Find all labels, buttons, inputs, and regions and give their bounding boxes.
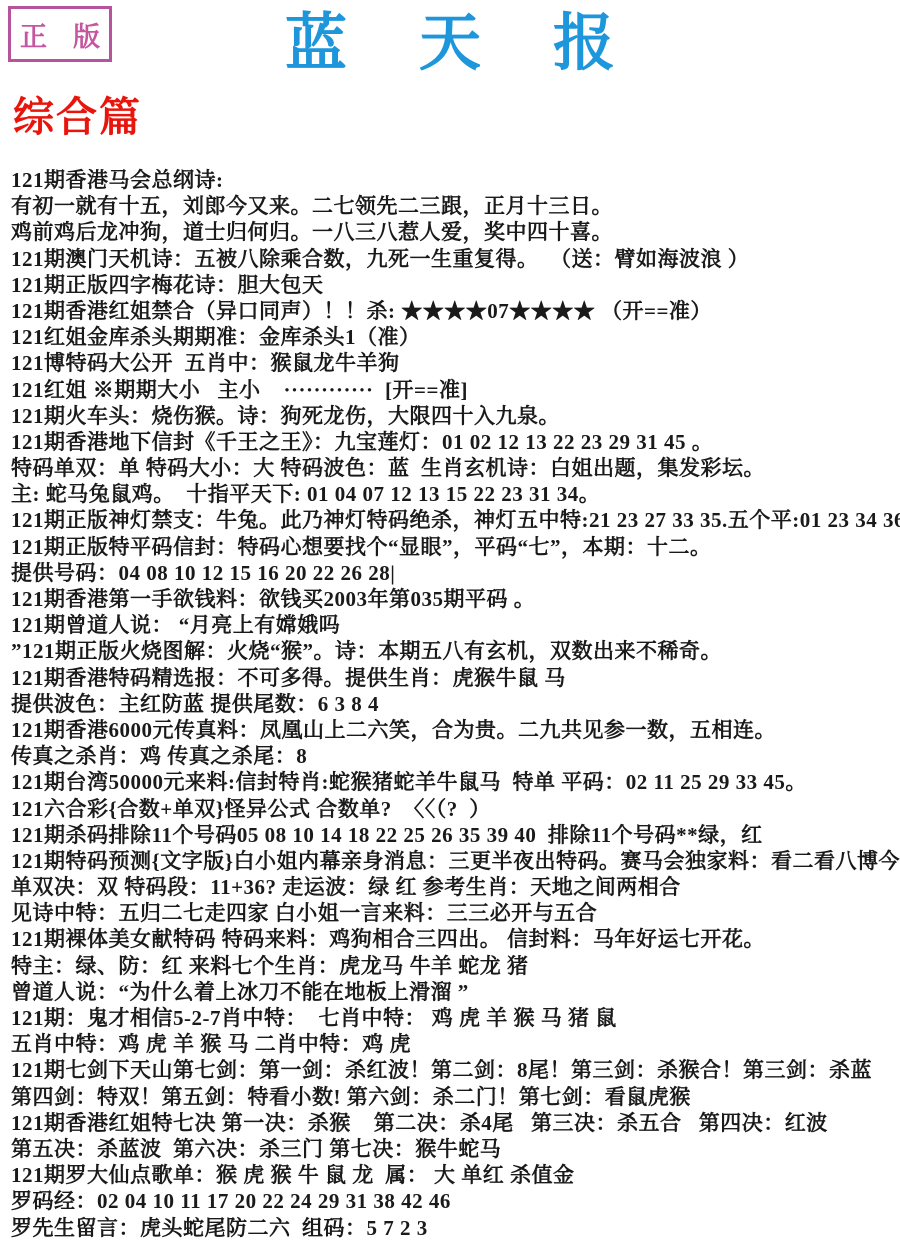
text-line-36: 第四剑：特双！第五剑：特看小数! 第六剑：杀二门！第七剑：看鼠虎猴: [11, 1084, 900, 1110]
text-line-4: 121期澳门天机诗：五被八除乘合数，九死一生重复得。 （送：臂如海波浪 ）: [11, 246, 900, 272]
text-line-6: 121期香港红姐禁合（异口同声）！！杀: ★★★★07★★★★ （开==准）: [11, 298, 900, 324]
text-line-41: 罗先生留言：虎头蛇尾防二六 组码：5 7 2 3: [11, 1215, 900, 1241]
text-line-1: 121期香港马会总纲诗:: [11, 167, 900, 193]
text-line-3: 鸡前鸡后龙冲狗，道士归何归。一八三八惹人爱，奖中四十喜。: [11, 219, 900, 245]
text-line-16: 提供号码：04 08 10 12 15 16 20 22 26 28|: [11, 560, 900, 586]
text-line-34: 五肖中特：鸡 虎 羊 猴 马 二肖中特：鸡 虎: [11, 1031, 900, 1057]
text-line-15: 121期正版特平码信封：特码心想要找个“显眼”，平码“七”，本期：十二。: [11, 534, 900, 560]
text-line-25: 121六合彩{合数+单双}怪异公式 合数单? 〈〈（? ）: [11, 796, 900, 822]
page: 正版 蓝天报 综合篇 121期香港马会总纲诗:有初一就有十五，刘郎今又来。二七领…: [0, 0, 900, 1244]
text-line-21: 提供波色：主红防蓝 提供尾数：6 3 8 4: [11, 691, 900, 717]
text-line-35: 121期七剑下天山第七剑：第一剑：杀红波！第二剑：8尾！第三剑：杀猴合！第三剑：…: [11, 1057, 900, 1083]
text-line-29: 见诗中特：五归二七走四家 白小姐一言来料：三三必开与五合: [11, 900, 900, 926]
text-line-11: 121期香港地下信封《千王之王》：九宝莲灯：01 02 12 13 22 23 …: [11, 429, 900, 455]
text-line-23: 传真之杀肖：鸡 传真之杀尾：8: [11, 743, 900, 769]
text-line-31: 特主：绿、防：红 来料七个生肖：虎龙马 牛羊 蛇龙 猪: [11, 953, 900, 979]
text-line-8: 121博特码大公开 五肖中：猴鼠龙牛羊狗: [11, 350, 900, 376]
text-line-26: 121期杀码排除11个号码05 08 10 14 18 22 25 26 35 …: [11, 822, 900, 848]
text-line-37: 121期香港红姐特七决 第一决：杀猴 第二决：杀4尾 第三决：杀五合 第四决：红…: [11, 1110, 900, 1136]
text-line-5: 121期正版四字梅花诗：胆大包天: [11, 272, 900, 298]
text-line-32: 曾道人说：“为什么着上冰刀不能在地板上滑溜 ”: [11, 979, 900, 1005]
text-line-12: 特码单双：单 特码大小：大 特码波色：蓝 生肖玄机诗：白姐出题，集发彩坛。: [11, 455, 900, 481]
text-line-27: 121期特码预测{文字版}白小姐内幕亲身消息：三更半夜出特码。赛马会独家料：看二…: [11, 848, 900, 874]
text-line-7: 121红姐金库杀头期期准：金库杀头1（准）: [11, 324, 900, 350]
text-line-40: 罗码经：02 04 10 11 17 20 22 24 29 31 38 42 …: [11, 1188, 900, 1214]
section-title: 综合篇: [13, 92, 142, 142]
text-line-20: 121期香港特码精选报：不可多得。提供生肖：虎猴牛鼠 马: [11, 665, 900, 691]
text-line-14: 121期正版神灯禁支：牛兔。此乃神灯特码绝杀，神灯五中特:21 23 27 33…: [11, 507, 900, 533]
text-line-39: 121期罗大仙点歌单：猴 虎 猴 牛 鼠 龙 属： 大 单红 杀值金: [11, 1162, 900, 1188]
text-line-38: 第五决：杀蓝波 第六决：杀三门 第七决：猴牛蛇马: [11, 1136, 900, 1162]
text-line-30: 121期裸体美女献特码 特码来料：鸡狗相合三四出。 信封料：马年好运七开花。: [11, 926, 900, 952]
text-line-10: 121期火车头：烧伤猴。诗：狗死龙伤，大限四十入九泉。: [11, 403, 900, 429]
page-title: 蓝天报: [0, 8, 900, 80]
text-line-28: 单双决：双 特码段：11+36? 走运波：绿 红 参考生肖：天地之间两相合: [11, 874, 900, 900]
text-line-19: ”121期正版火烧图解：火烧“猴”。诗：本期五八有玄机，双数出来不稀奇。: [11, 638, 900, 664]
text-line-33: 121期：鬼才相信5-2-7肖中特： 七肖中特： 鸡 虎 羊 猴 马 猪 鼠: [11, 1005, 900, 1031]
text-line-13: 主: 蛇马兔鼠鸡。 十指平天下: 01 04 07 12 13 15 22 23…: [11, 481, 900, 507]
text-line-22: 121期香港6000元传真料：凤凰山上二六笑，合为贵。二九共见参一数，五相连。: [11, 717, 900, 743]
text-line-24: 121期台湾50000元来料:信封特肖:蛇猴猪蛇羊牛鼠马 特单 平码：02 11…: [11, 769, 900, 795]
text-line-9: 121红姐 ※期期大小 主小 ············ [开==准]: [11, 377, 900, 403]
text-line-2: 有初一就有十五，刘郎今又来。二七领先二三跟，正月十三日。: [11, 193, 900, 219]
body-text: 121期香港马会总纲诗:有初一就有十五，刘郎今又来。二七领先二三跟，正月十三日。…: [11, 167, 900, 1244]
text-line-17: 121期香港第一手欲钱料：欲钱买2003年第035期平码 。: [11, 586, 900, 612]
text-line-18: 121期曾道人说： “月亮上有嫦娥吗: [11, 612, 900, 638]
